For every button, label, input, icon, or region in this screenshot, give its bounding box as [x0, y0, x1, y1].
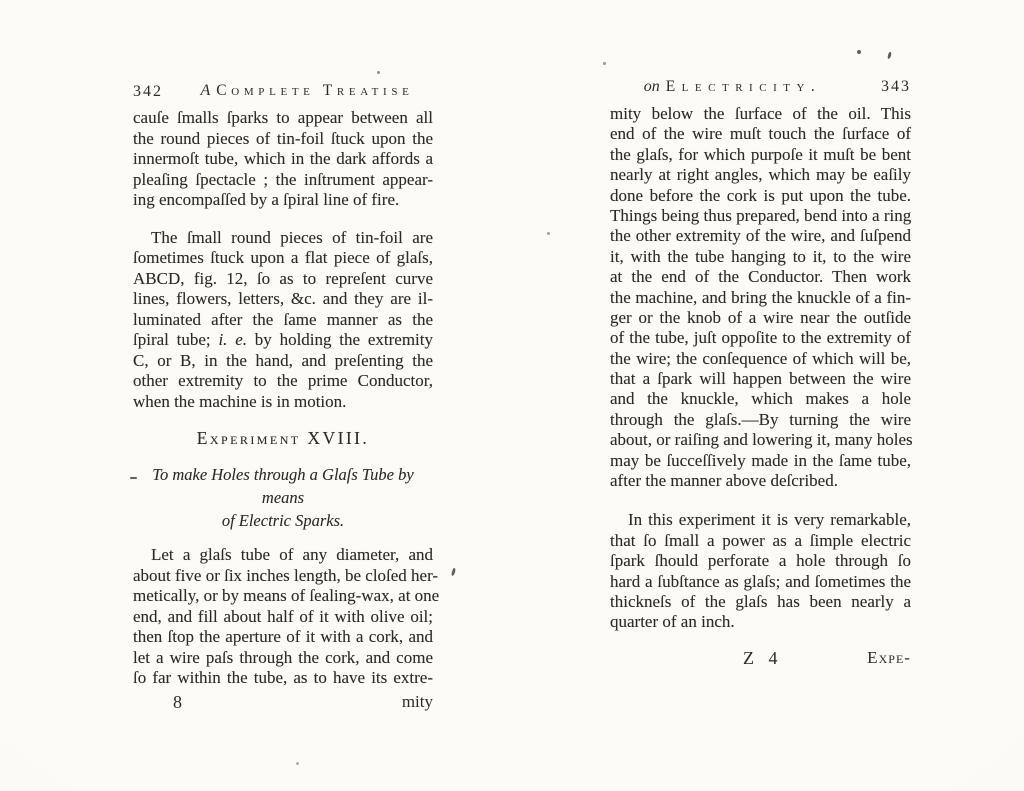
text-line: lines, flowers, letters, &c. and they ar… — [133, 289, 433, 310]
text-line: mity below the ſurface of the oil. This — [610, 104, 911, 124]
text-line: the other extremity of the wire, and ſuſ… — [610, 226, 911, 246]
press-figure: 8 — [173, 692, 182, 713]
text-line: The ſmall round pieces of tin-foil are — [133, 228, 433, 249]
running-title-right: on Electricity. — [610, 78, 855, 96]
book-scan: { "left_page": { "page_number": "342", "… — [0, 0, 1024, 791]
text-line: pleaſing ſpectacle ; the inſtrument appe… — [133, 170, 433, 191]
running-header-right: on Electricity. 343 — [610, 78, 911, 99]
running-title-text: Complete Treatise — [216, 82, 413, 99]
subtitle-line: of Electric Sparks. — [133, 509, 433, 532]
scan-speck — [857, 50, 861, 54]
page-number-left: 342 — [133, 83, 163, 101]
text-line: innermoſt tube, which in the dark afford… — [133, 149, 433, 170]
text-line: and the knuckle, which makes a hole — [610, 389, 911, 409]
text-line: hard a ſubſtance as glaſs; and ſometimes… — [610, 572, 911, 592]
gathering-signature: Z 4 — [743, 648, 783, 669]
text-line: about five or ſix inches length, be cloſ… — [133, 566, 433, 587]
text-line: thickneſs of the glaſs has been nearly a — [610, 592, 911, 612]
catchword: Expe- — [867, 648, 911, 668]
text-line: after the manner above deſcribed. — [610, 471, 911, 491]
text-line: ſpiral tube; i. e. by holding the extrem… — [133, 330, 433, 351]
text-line: nearly at right angles, which may be eaſ… — [610, 165, 911, 185]
text-segment: ſpiral tube; — [133, 330, 218, 349]
text-line: end of the wire muſt touch the ſurface o… — [610, 124, 911, 144]
scan-speck — [377, 71, 380, 74]
catchword: mity — [402, 692, 433, 712]
text-line: cauſe ſmalls ſparks to appear between al… — [133, 108, 433, 129]
running-header-left: 342 A Complete Treatise — [133, 82, 433, 103]
paragraph-remarkable: In this experiment it is very remarkable… — [610, 510, 911, 632]
text-line: it, with the tube hanging to it, to the … — [610, 247, 911, 267]
paragraph-continuation: cauſe ſmalls ſparks to appear between al… — [133, 108, 433, 211]
subtitle-line: To make Holes through a Glaſs Tube by me… — [133, 463, 433, 509]
text-line: metically, or by means of ſealing-wax, a… — [133, 586, 433, 607]
scan-speck — [603, 62, 606, 65]
text-line: ſo far within the tube, as to have its e… — [133, 668, 433, 689]
paragraph-tinfoil: The ſmall round pieces of tin-foil are ſ… — [133, 228, 433, 413]
text-line: that ſo ſmall a power as a ſimple electr… — [610, 531, 911, 551]
experiment-heading: Experiment XVIII. — [133, 426, 433, 450]
page-number-right: 343 — [881, 78, 911, 96]
text-line: then ſtop the aperture of it with a cork… — [133, 627, 433, 648]
text-line: the glaſs, for which purpoſe it muſt be … — [610, 145, 911, 165]
text-line: other extremity to the prime Conductor, — [133, 371, 433, 392]
paragraph-glass-tube: Let a glaſs tube of any diameter, and ab… — [133, 545, 433, 689]
scan-speck — [887, 52, 892, 60]
scan-speck — [451, 568, 456, 577]
text-line: ſpark ſhould perforate a hole through ſo — [610, 551, 911, 571]
text-line: ABCD, fig. 12, ſo as to repreſent curve — [133, 269, 433, 290]
text-line: luminated after the ſame manner as the — [133, 310, 433, 331]
text-line: done before the cork is put upon the tub… — [610, 186, 911, 206]
text-line: ſometimes ſtuck upon a flat piece of gla… — [133, 248, 433, 269]
text-line: let a wire paſs through the cork, and co… — [133, 648, 433, 669]
text-line: the round pieces of tin-foil ſtuck upon … — [133, 129, 433, 150]
text-line: C, or B, in the hand, and preſenting the — [133, 351, 433, 372]
text-line: Things being thus prepared, bend into a … — [610, 206, 911, 226]
page-right: on Electricity. 343 mity below the ſurfa… — [610, 78, 911, 672]
page-foot-right: Z 4 Expe- — [610, 648, 911, 672]
scan-speck — [547, 232, 550, 235]
paragraph-continuation: mity below the ſurface of the oil. This … — [610, 104, 911, 491]
scan-speck — [296, 762, 299, 765]
text-line: In this experiment it is very remarkable… — [610, 510, 911, 530]
text-line: quarter of an inch. — [610, 612, 911, 632]
text-line: of the tube, juſt oppoſite to the extrem… — [610, 328, 911, 348]
text-line: the wire; the conſequence of which will … — [610, 349, 911, 369]
text-line: about, or raiſing and lowering it, many … — [610, 430, 911, 450]
running-title-article: A — [201, 82, 213, 99]
text-line: when the machine is in motion. — [133, 392, 433, 413]
scan-speck — [130, 477, 137, 479]
page-left: 342 A Complete Treatise cauſe ſmalls ſpa… — [133, 82, 433, 716]
running-title-text: Electricity. — [666, 78, 822, 95]
text-line: Let a glaſs tube of any diameter, and — [133, 545, 433, 566]
running-title-preposition: on — [644, 78, 662, 95]
text-line: ing encompaſſed by a ſpiral line of fire… — [133, 190, 433, 211]
running-title-left: A Complete Treatise — [181, 82, 433, 100]
latin-abbreviation: i. e. — [218, 330, 247, 349]
text-line: the machine, and bring the knuckle of a … — [610, 288, 911, 308]
experiment-subtitle: To make Holes through a Glaſs Tube by me… — [133, 463, 433, 532]
text-line: end, and fill about half of it with oliv… — [133, 607, 433, 628]
text-line: ger or the knob of a wire near the outſi… — [610, 308, 911, 328]
page-foot-left: 8 mity — [133, 692, 433, 716]
text-line: may be ſucceſſively made in the ſame tub… — [610, 451, 911, 471]
text-line: through the glaſs.—By turning the wire — [610, 410, 911, 430]
text-line: at the end of the Conductor. Then work — [610, 267, 911, 287]
text-segment: by holding the extremity — [247, 330, 433, 349]
text-line: that a ſpark will happen between the wir… — [610, 369, 911, 389]
